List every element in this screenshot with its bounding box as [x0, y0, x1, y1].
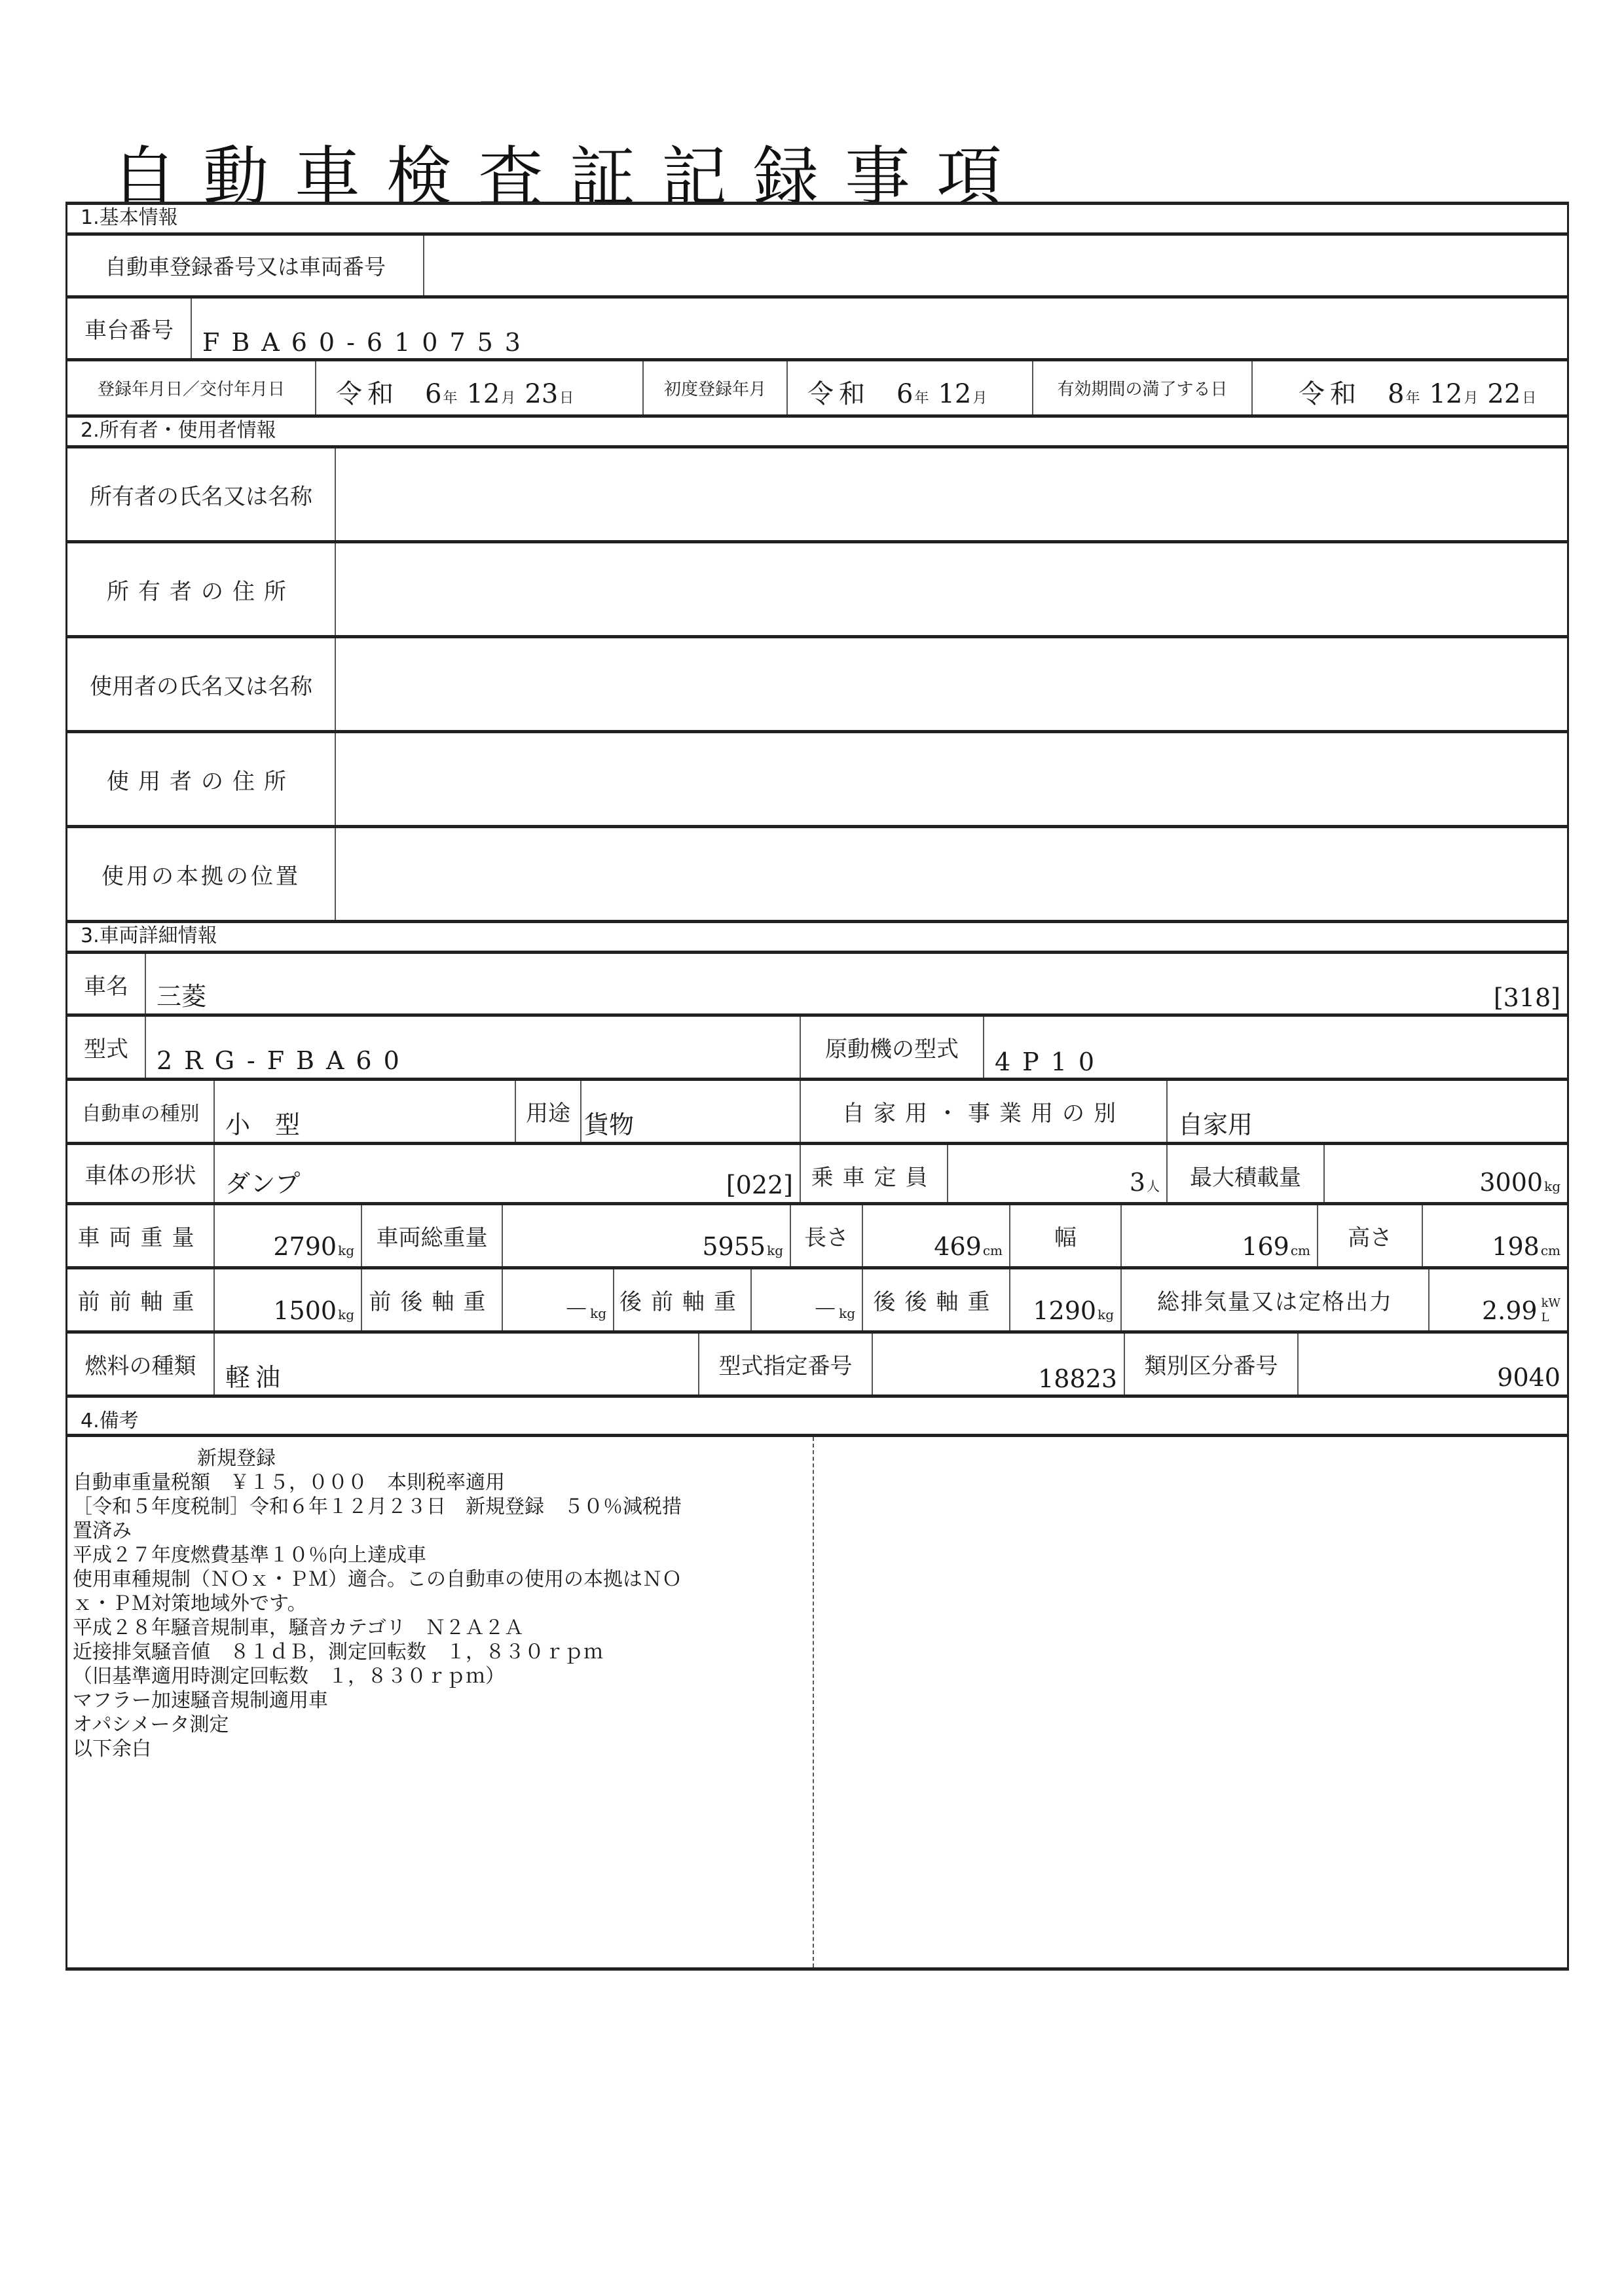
type-designation-label: 型式指定番号 [699, 1334, 873, 1394]
owner-name-value [336, 448, 1567, 540]
remark-line: 近接排気騒音値 ８１ｄＢ，測定回転数 １，８３０ｒｐｍ [73, 1640, 813, 1664]
vehicle-name-value: 三菱 [157, 976, 206, 1012]
remark-line: オパシメータ測定 [73, 1713, 813, 1737]
user-address-row: 使用者の住所 [67, 730, 1567, 825]
vehicle-name-code: [318] [1494, 983, 1560, 1012]
fuel-value: 軽油 [225, 1357, 286, 1393]
gross-weight-label: 車両総重量 [362, 1205, 503, 1266]
capacity-label: 乗車定員 [801, 1145, 948, 1202]
vehicle-weight-value: 2790kg [273, 1232, 354, 1261]
body-shape-label: 車体の形状 [67, 1145, 215, 1202]
chassis-number-row: 車台番号 FBA60-610753 [67, 295, 1567, 358]
owner-name-row: 所有者の氏名又は名称 [67, 445, 1567, 540]
user-address-value [336, 733, 1567, 825]
category-number-label: 類別区分番号 [1125, 1334, 1299, 1394]
registration-date-value: 令和6年12月23日 [316, 361, 644, 414]
capacity-value: 3人 [1130, 1168, 1160, 1197]
vehicle-class-label: 自動車の種別 [67, 1081, 215, 1142]
owner-address-label: 所有者の住所 [67, 543, 336, 635]
vehicle-name-label: 車名 [67, 954, 146, 1013]
fuel-label: 燃料の種類 [67, 1334, 215, 1394]
remark-line: 新規登録 [73, 1446, 813, 1470]
section-2-header: 2.所有者・使用者情報 [67, 414, 1567, 445]
front-rear-axle-label: 前後軸重 [362, 1269, 503, 1330]
base-location-value [336, 828, 1567, 920]
remark-line: 置済み [73, 1519, 813, 1543]
section-heading: 1.基本情報 [67, 205, 1567, 232]
axle-weights-row: 前前軸重 1500kg 前後軸重 －kg 後前軸重 －kg 後後軸重 1290k… [67, 1266, 1567, 1330]
vehicle-weight-label: 車両重量 [67, 1205, 215, 1266]
vehicle-class-value: 小 型 [225, 1104, 300, 1140]
body-shape-row: 車体の形状 ダンプ [022] 乗車定員 3人 最大積載量 3000kg [67, 1142, 1567, 1202]
remark-line: 平成２８年騒音規制車，騒音カテゴリ Ｎ２Ａ２Ａ [73, 1616, 813, 1640]
purpose-label: 用途 [516, 1081, 581, 1142]
inspection-record-form: 1.基本情報 自動車登録番号又は車両番号 車台番号 FBA60-610753 登… [65, 202, 1569, 1971]
chassis-number-value: FBA60-610753 [202, 328, 532, 357]
displacement-label: 総排気量又は定格出力 [1122, 1269, 1430, 1330]
user-address-label: 使用者の住所 [67, 733, 336, 825]
remarks-area: 新規登録自動車重量税額 ￥１５，０００ 本則税率適用［令和５年度税制］令和６年１… [67, 1434, 1567, 1971]
chassis-number-label: 車台番号 [67, 299, 192, 358]
section-3-header: 3.車両詳細情報 [67, 920, 1567, 951]
remark-line: （旧基準適用時測定回転数 １，８３０ｒｐｍ） [73, 1664, 813, 1688]
remarks-text: 新規登録自動車重量税額 ￥１５，０００ 本則税率適用［令和５年度税制］令和６年１… [67, 1437, 814, 1967]
engine-model-label: 原動機の型式 [801, 1017, 984, 1078]
dates-row: 登録年月日／交付年月日 令和6年12月23日 初度登録年月 令和6年12月 有効… [67, 358, 1567, 414]
section-1-header: 1.基本情報 [67, 202, 1567, 232]
body-shape-code: [022] [726, 1171, 793, 1199]
base-location-label: 使用の本拠の位置 [67, 828, 336, 920]
owner-name-label: 所有者の氏名又は名称 [67, 448, 336, 540]
private-business-value: 自家用 [1178, 1104, 1253, 1140]
user-name-label: 使用者の氏名又は名称 [67, 638, 336, 730]
first-registration-value: 令和6年12月 [788, 361, 1033, 414]
type-designation-value: 18823 [1038, 1364, 1117, 1393]
remark-line: 使用車種規制（ＮＯｘ・ＰＭ）適合。この自動車の使用の本拠はＮＯ [73, 1567, 813, 1592]
section-heading: 3.車両詳細情報 [67, 923, 1567, 951]
width-value: 169cm [1242, 1232, 1310, 1261]
fuel-row: 燃料の種類 軽油 型式指定番号 18823 類別区分番号 9040 [67, 1330, 1567, 1394]
remark-line: 平成２７年度燃費基準１０％向上達成車 [73, 1543, 813, 1567]
user-name-row: 使用者の氏名又は名称 [67, 635, 1567, 730]
private-business-label: 自家用・事業用の別 [801, 1081, 1168, 1142]
engine-model-value: 4P10 [995, 1048, 1106, 1076]
remark-line: マフラー加速騒音規制適用車 [73, 1688, 813, 1713]
category-number-value: 9040 [1497, 1363, 1560, 1392]
dimensions-row: 車両重量 2790kg 車両総重量 5955kg 長さ 469cm 幅 169c… [67, 1202, 1567, 1266]
front-rear-axle-value: －kg [564, 1289, 606, 1325]
rear-front-axle-value: －kg [813, 1289, 855, 1325]
registration-number-label: 自動車登録番号又は車両番号 [67, 236, 424, 295]
height-label: 高さ [1318, 1205, 1423, 1266]
model-row: 型式 2RG-FBA60 原動機の型式 4P10 [67, 1013, 1567, 1078]
body-shape-value: ダンプ [225, 1163, 300, 1199]
remark-line: ［令和５年度税制］令和６年１２月２３日 新規登録 ５０％減税措 [73, 1495, 813, 1519]
front-front-axle-label: 前前軸重 [67, 1269, 215, 1330]
max-load-label: 最大積載量 [1168, 1145, 1325, 1202]
section-4-header: 4.備考 [67, 1394, 1567, 1434]
rear-front-axle-label: 後前軸重 [614, 1269, 752, 1330]
remarks-right-column [814, 1437, 1567, 1967]
owner-address-row: 所有者の住所 [67, 540, 1567, 635]
first-registration-label: 初度登録年月 [644, 361, 788, 414]
purpose-value: 貨物 [584, 1104, 634, 1140]
model-value: 2RG-FBA60 [157, 1046, 411, 1075]
width-label: 幅 [1010, 1205, 1122, 1266]
length-label: 長さ [791, 1205, 863, 1266]
length-value: 469cm [934, 1232, 1003, 1261]
displacement-value: 2.99kWL [1482, 1296, 1560, 1325]
remark-line: 以下余白 [73, 1737, 813, 1761]
expiry-date-value: 令和8年12月22日 [1253, 361, 1567, 414]
rear-rear-axle-value: 1290kg [1033, 1296, 1114, 1325]
owner-address-value [336, 543, 1567, 635]
front-front-axle-value: 1500kg [273, 1296, 354, 1325]
model-label: 型式 [67, 1017, 146, 1078]
rear-rear-axle-label: 後後軸重 [863, 1269, 1010, 1330]
section-heading: 2.所有者・使用者情報 [67, 418, 1567, 445]
expiry-date-label: 有効期間の満了する日 [1033, 361, 1253, 414]
registration-date-label: 登録年月日／交付年月日 [67, 361, 316, 414]
registration-number-value [424, 236, 1567, 295]
height-value: 198cm [1492, 1232, 1560, 1261]
registration-number-row: 自動車登録番号又は車両番号 [67, 232, 1567, 295]
gross-weight-value: 5955kg [702, 1232, 783, 1261]
user-name-value [336, 638, 1567, 730]
max-load-value: 3000kg [1479, 1168, 1560, 1197]
vehicle-name-row: 車名 三菱 [318] [67, 951, 1567, 1013]
remark-line: ｘ・ＰＭ対策地域外です。 [73, 1592, 813, 1616]
remark-line: 自動車重量税額 ￥１５，０００ 本則税率適用 [73, 1470, 813, 1495]
base-location-row: 使用の本拠の位置 [67, 825, 1567, 920]
section-heading: 4.備考 [67, 1398, 1567, 1434]
class-row: 自動車の種別 小 型 用途 貨物 自家用・事業用の別 自家用 [67, 1078, 1567, 1142]
